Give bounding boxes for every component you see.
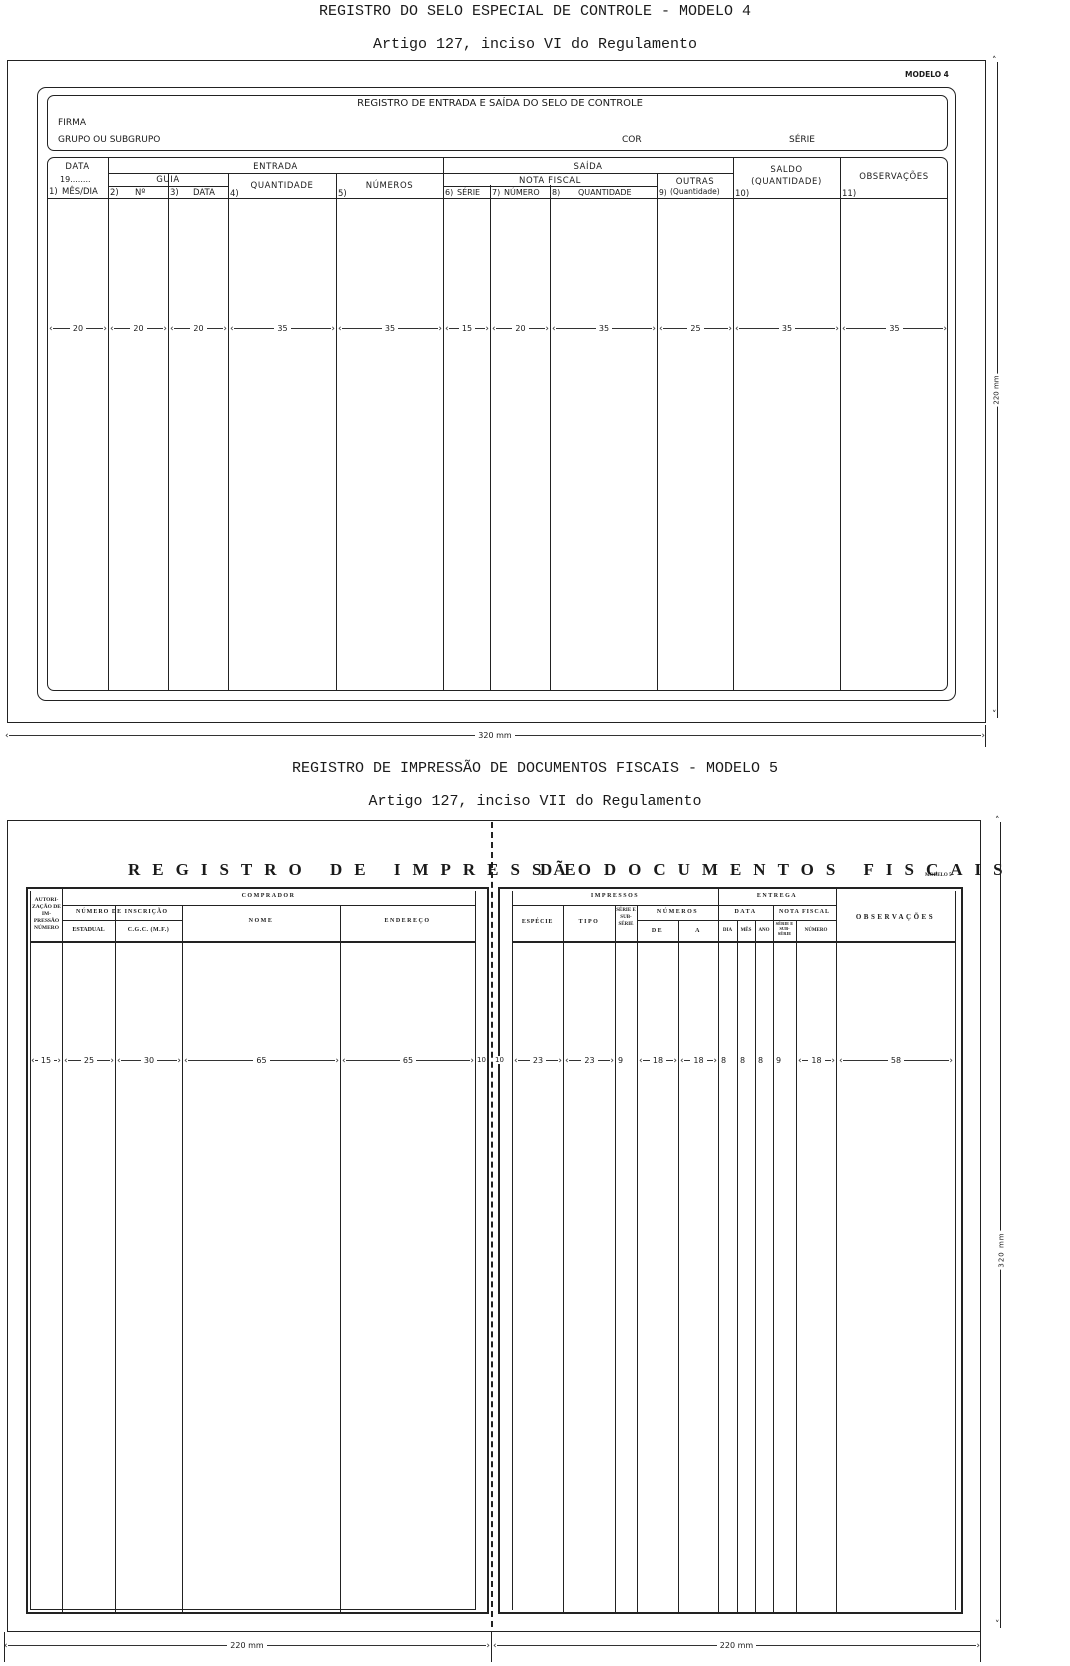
modelo4-tag: MODELO 4 bbox=[905, 70, 949, 79]
estadual-header: ESTADUAL bbox=[62, 927, 115, 933]
modelo5-heading-left: REGISTRO DE IMPRESSÃO bbox=[128, 860, 603, 880]
dim-col2: ‹20› bbox=[110, 324, 167, 333]
col7-num: 7) bbox=[492, 188, 500, 197]
nome-header: NOME bbox=[182, 918, 340, 924]
modelo5-tag: MODELO 5 bbox=[925, 873, 952, 878]
col5-label: NÚMEROS bbox=[336, 181, 443, 191]
col2-num: 2) bbox=[110, 188, 119, 198]
modelo5-height-dimension-line bbox=[1000, 822, 1001, 1628]
dia-header: DIA bbox=[718, 928, 737, 933]
especie-header: ESPÉCIE bbox=[512, 919, 563, 925]
modelo5-right-width-dimension: ‹220 mm› bbox=[493, 1641, 980, 1650]
col1-label: MÊS/DIA bbox=[62, 187, 98, 197]
row-line bbox=[637, 920, 836, 921]
dim-col6: ‹15› bbox=[445, 324, 489, 333]
col3-label: DATA bbox=[193, 188, 215, 198]
header-bottom-line bbox=[512, 941, 955, 943]
col3-num: 3) bbox=[170, 188, 179, 198]
dim-serie: 9 bbox=[617, 1056, 636, 1065]
nf-numero-header: NÚMERO bbox=[796, 928, 836, 933]
arrow-down-icon: ˅ bbox=[992, 710, 997, 720]
outras-header: OUTRAS bbox=[657, 177, 733, 187]
entrada-header: ENTRADA bbox=[108, 162, 443, 172]
dim-col5: ‹35› bbox=[338, 324, 442, 333]
col9-label: (Quantidade) bbox=[670, 187, 720, 196]
dim-left-margin: 10 bbox=[477, 1056, 491, 1064]
serie-subserie-header: SÉRIE E SUB-SÉRIE bbox=[615, 907, 637, 928]
col-line bbox=[62, 888, 63, 1613]
dim-a: ‹18› bbox=[680, 1056, 717, 1065]
modelo4-table bbox=[47, 157, 948, 691]
col1-num: 1) bbox=[49, 187, 58, 197]
col-line bbox=[678, 920, 679, 1613]
dim-tick bbox=[4, 1632, 5, 1662]
modelo5-subtitle: Artigo 127, inciso VII do Regulamento bbox=[0, 793, 1070, 810]
col-line bbox=[168, 173, 169, 691]
row-line bbox=[62, 920, 182, 921]
col-line bbox=[657, 173, 658, 691]
modelo4-header-heading: REGISTRO DE ENTRADA E SAÍDA DO SELO DE C… bbox=[0, 98, 1000, 109]
col8-num: 8) bbox=[552, 188, 560, 197]
data-header: DATA bbox=[718, 909, 773, 915]
firma-label: FIRMA bbox=[58, 118, 86, 128]
data-year: 19........ bbox=[60, 175, 91, 184]
dim-mes: 8 bbox=[739, 1056, 754, 1065]
col-line bbox=[108, 157, 109, 691]
col-line bbox=[228, 173, 229, 691]
dim-tick bbox=[980, 1632, 981, 1662]
arrow-down-icon: ˅ bbox=[995, 1620, 1000, 1630]
arrow-up-icon: ˄ bbox=[995, 816, 1000, 826]
header-bottom-line bbox=[30, 941, 475, 943]
modelo4-width-dimension: ‹320 mm› bbox=[5, 731, 985, 740]
dim-nf-numero: ‹18› bbox=[798, 1056, 835, 1065]
dim-col7: ‹20› bbox=[492, 324, 549, 333]
row-line bbox=[512, 905, 836, 906]
modelo4-subtitle: Artigo 127, inciso VI do Regulamento bbox=[0, 36, 1070, 53]
col4-label: QUANTIDADE bbox=[228, 181, 336, 191]
dim-col8: ‹35› bbox=[552, 324, 656, 333]
saldo-sub-header: (QUANTIDADE) bbox=[733, 177, 840, 187]
row-line bbox=[108, 173, 733, 174]
col-line bbox=[737, 920, 738, 1613]
col-line bbox=[755, 920, 756, 1613]
nota-fiscal-header: NOTA FISCAL bbox=[773, 909, 836, 915]
col-line bbox=[733, 157, 734, 691]
modelo5-right-table bbox=[498, 887, 963, 1614]
col-line bbox=[836, 888, 837, 1613]
dim-col1: ‹20› bbox=[49, 324, 107, 333]
col-line bbox=[718, 888, 719, 1613]
dim-right-margin: 10 bbox=[495, 1056, 511, 1064]
double-border-line bbox=[955, 891, 956, 1610]
nota-fiscal-header: NOTA FISCAL bbox=[443, 176, 657, 186]
col5-num: 5) bbox=[338, 189, 347, 199]
modelo4-height-label: 220 mm bbox=[992, 373, 1002, 406]
dim-ano: 8 bbox=[757, 1056, 772, 1065]
a-header: A bbox=[678, 928, 718, 934]
col-line bbox=[796, 920, 797, 1613]
col-line bbox=[773, 905, 774, 1613]
col-line bbox=[115, 905, 116, 1613]
modelo5-left-width-dimension: ‹220 mm› bbox=[4, 1641, 490, 1650]
col2-label: Nº bbox=[135, 188, 145, 198]
arrow-up-icon: ˄ bbox=[992, 56, 997, 66]
observacoes-header: OBSERVAÇÕES bbox=[840, 172, 948, 182]
autorizacao-header: AUTORI-ZAÇÃO DE IM-PRESSÃO NÚMERO bbox=[31, 897, 62, 932]
col-line bbox=[340, 905, 341, 1613]
comprador-header: COMPRADOR bbox=[62, 893, 475, 899]
de-header: DE bbox=[637, 928, 678, 934]
double-border-line bbox=[30, 1609, 475, 1610]
header-bottom-line bbox=[47, 198, 948, 199]
dim-col3: ‹20› bbox=[170, 324, 227, 333]
dim-tick bbox=[491, 1632, 492, 1662]
col8-label: QUANTIDADE bbox=[578, 188, 632, 197]
dim-tipo: ‹23› bbox=[565, 1056, 614, 1065]
serie-label: SÉRIE bbox=[789, 135, 815, 145]
double-border-line bbox=[475, 891, 476, 1610]
endereco-header: ENDEREÇO bbox=[340, 918, 475, 924]
cor-label: COR bbox=[622, 135, 642, 145]
col-line bbox=[490, 185, 491, 691]
modelo5-title: REGISTRO DE IMPRESSÃO DE DOCUMENTOS FISC… bbox=[0, 760, 1070, 777]
observacoes-header: OBSERVAÇÕES bbox=[836, 913, 955, 921]
modelo4-title: REGISTRO DO SELO ESPECIAL DE CONTROLE - … bbox=[0, 3, 1070, 20]
dim-nf-serie: 9 bbox=[775, 1056, 795, 1065]
col6-label: SÉRIE bbox=[457, 188, 480, 197]
dim-estadual: ‹25› bbox=[64, 1056, 114, 1065]
col4-num: 4) bbox=[230, 189, 239, 199]
fold-line bbox=[491, 822, 493, 1627]
double-border-line bbox=[30, 891, 31, 1610]
entrega-header: ENTREGA bbox=[718, 893, 836, 899]
dim-col9: ‹25› bbox=[659, 324, 732, 333]
grupo-label: GRUPO OU SUBGRUPO bbox=[58, 135, 160, 145]
mes-header: MÊS bbox=[737, 928, 755, 933]
col11-num: 11) bbox=[842, 189, 856, 199]
guia-header: GUIA bbox=[108, 175, 228, 185]
col9-num: 9) bbox=[659, 188, 667, 197]
col7-label: NÚMERO bbox=[504, 188, 540, 197]
col-line bbox=[615, 905, 616, 1613]
dim-autorizacao: ‹15› bbox=[31, 1056, 61, 1065]
ano-header: ANO bbox=[755, 928, 773, 933]
col-line bbox=[443, 157, 444, 691]
row-line bbox=[443, 186, 657, 187]
saida-header: SAÍDA bbox=[443, 162, 733, 172]
col-line bbox=[336, 173, 337, 691]
col-line bbox=[563, 905, 564, 1613]
nf-serie-header: SÉRIE E SUB-SÉRIE bbox=[773, 921, 796, 936]
dim-de: ‹18› bbox=[639, 1056, 677, 1065]
dim-nome: ‹65› bbox=[184, 1056, 339, 1065]
dim-observacoes: ‹58› bbox=[839, 1056, 953, 1065]
col-line bbox=[182, 905, 183, 1613]
modelo5-height-label: 320 mm bbox=[997, 1230, 1007, 1269]
modelo5-left-table bbox=[26, 887, 489, 1614]
col10-num: 10) bbox=[735, 189, 749, 199]
double-border-line bbox=[512, 891, 513, 1610]
cgc-header: C.G.C. (M.F.) bbox=[115, 927, 182, 933]
numeros-header: NÚMEROS bbox=[637, 909, 718, 915]
dim-dia: 8 bbox=[720, 1056, 736, 1065]
col-line bbox=[637, 905, 638, 1613]
dim-especie: ‹23› bbox=[514, 1056, 562, 1065]
row-line bbox=[108, 186, 228, 187]
dim-tick bbox=[985, 725, 986, 747]
dim-col10: ‹35› bbox=[735, 324, 839, 333]
numero-inscricao-header: NÚMERO DE INSCRIÇÃO bbox=[62, 909, 182, 915]
dim-col11: ‹35› bbox=[842, 324, 947, 333]
row-line bbox=[62, 905, 475, 906]
col6-num: 6) bbox=[445, 188, 453, 197]
dim-cgc: ‹30› bbox=[117, 1056, 181, 1065]
tipo-header: TIPO bbox=[563, 919, 615, 925]
data-header: DATA bbox=[47, 162, 108, 172]
saldo-header: SALDO bbox=[733, 165, 840, 175]
col-line bbox=[840, 157, 841, 691]
impressos-header: IMPRESSOS bbox=[512, 893, 718, 899]
dim-endereco: ‹65› bbox=[342, 1056, 474, 1065]
dim-col4: ‹35› bbox=[230, 324, 335, 333]
col-line bbox=[550, 185, 551, 691]
